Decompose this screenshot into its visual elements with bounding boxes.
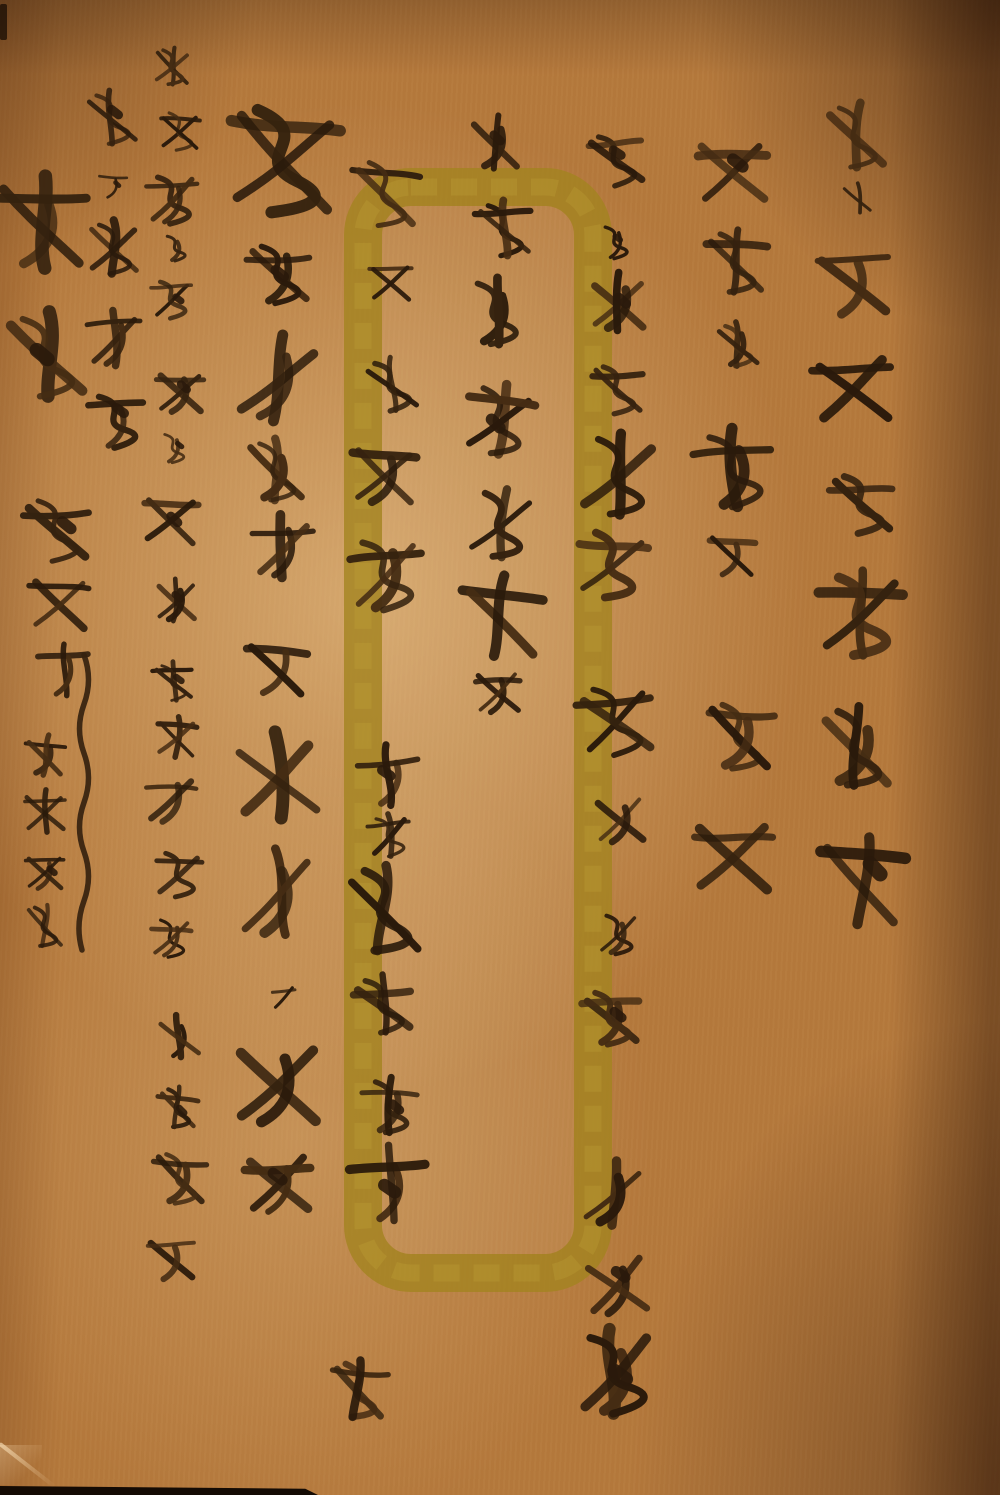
calligraphy-char bbox=[155, 1085, 199, 1129]
calligraphy-char bbox=[89, 90, 136, 145]
calligraphy-char bbox=[11, 312, 82, 397]
calligraphy-char bbox=[706, 704, 775, 771]
calligraphy-char bbox=[244, 1157, 312, 1212]
calligraphy-char bbox=[167, 235, 185, 261]
calligraphy-char bbox=[698, 144, 769, 202]
calligraphy-char bbox=[272, 987, 296, 1007]
calligraphy-char bbox=[817, 570, 903, 657]
calligraphy-char bbox=[251, 513, 316, 579]
calligraphy-char bbox=[26, 904, 64, 948]
calligraphy-char bbox=[37, 643, 90, 698]
calligraphy-char bbox=[28, 582, 89, 629]
text-column-col-7-small bbox=[142, 47, 206, 1280]
calligraphy-char bbox=[694, 826, 773, 889]
calligraphy-char bbox=[829, 475, 893, 534]
calligraphy-char bbox=[160, 113, 200, 151]
text-column-col-1-rightmost bbox=[812, 102, 908, 928]
calligraphy-char bbox=[238, 846, 313, 938]
calligraphy-char bbox=[244, 647, 308, 696]
calligraphy-char bbox=[708, 538, 755, 576]
calligraphy-char bbox=[818, 257, 890, 315]
calligraphy-char bbox=[156, 715, 198, 758]
calligraphy-char bbox=[148, 1242, 195, 1280]
calligraphy-char bbox=[472, 114, 520, 170]
calligraphy-char bbox=[157, 853, 202, 897]
text-column-col-9-greeting bbox=[0, 175, 87, 397]
calligraphy-char bbox=[246, 246, 310, 304]
text-column-col-8-small bbox=[86, 90, 146, 450]
calligraphy-char bbox=[151, 280, 193, 319]
calligraphy-char bbox=[328, 1358, 389, 1420]
calligraphy-char bbox=[142, 500, 198, 544]
calligraphy-char bbox=[240, 1049, 317, 1123]
calligraphy-char bbox=[146, 176, 199, 225]
calligraphy-char bbox=[23, 733, 66, 777]
calligraphy-char bbox=[719, 321, 757, 366]
calligraphy-char bbox=[829, 102, 885, 168]
calligraphy-char bbox=[88, 393, 146, 449]
calligraphy-char bbox=[0, 175, 87, 269]
calligraphy-char bbox=[844, 183, 870, 214]
text-column-col-6 bbox=[224, 108, 341, 1213]
calligraphy-char bbox=[25, 858, 63, 889]
calligraphy-char bbox=[812, 359, 893, 421]
calligraphy-char bbox=[152, 661, 193, 702]
calligraphy-char bbox=[165, 434, 184, 463]
calligraphy-char bbox=[160, 1014, 199, 1059]
calligraphy-char bbox=[86, 309, 143, 368]
calligraphy-char bbox=[224, 108, 341, 217]
manuscript-photo bbox=[0, 0, 1000, 1495]
paper-crease-highlight bbox=[0, 1445, 42, 1485]
text-column-col-2 bbox=[691, 144, 776, 890]
calligraphy-char bbox=[152, 1154, 207, 1205]
calligraphy-char bbox=[588, 133, 646, 189]
calligraphy-char bbox=[704, 228, 768, 294]
calligraphy-char bbox=[146, 781, 196, 822]
calligraphy-char bbox=[821, 704, 894, 789]
calligraphy-char bbox=[250, 438, 303, 501]
calligraphy-char bbox=[91, 220, 136, 274]
calligraphy-char bbox=[238, 729, 317, 821]
calligraphy-char bbox=[156, 376, 204, 413]
calligraphy-char bbox=[23, 500, 89, 561]
calligraphy-char bbox=[814, 833, 907, 929]
calligraphy-char bbox=[691, 425, 776, 510]
calligraphy-char bbox=[159, 579, 195, 622]
calligraphy-char bbox=[241, 332, 315, 424]
calligraphy-char bbox=[156, 47, 189, 86]
calligraphy-char bbox=[98, 176, 126, 198]
signature-flourish bbox=[79, 655, 89, 950]
date-column bbox=[23, 733, 66, 947]
calligraphy-char bbox=[25, 789, 66, 833]
calligraphy-char bbox=[580, 1326, 652, 1415]
paper-edge-nick bbox=[0, 4, 7, 40]
calligraphy-layer bbox=[0, 0, 1000, 1495]
calligraphy-char bbox=[151, 920, 191, 958]
